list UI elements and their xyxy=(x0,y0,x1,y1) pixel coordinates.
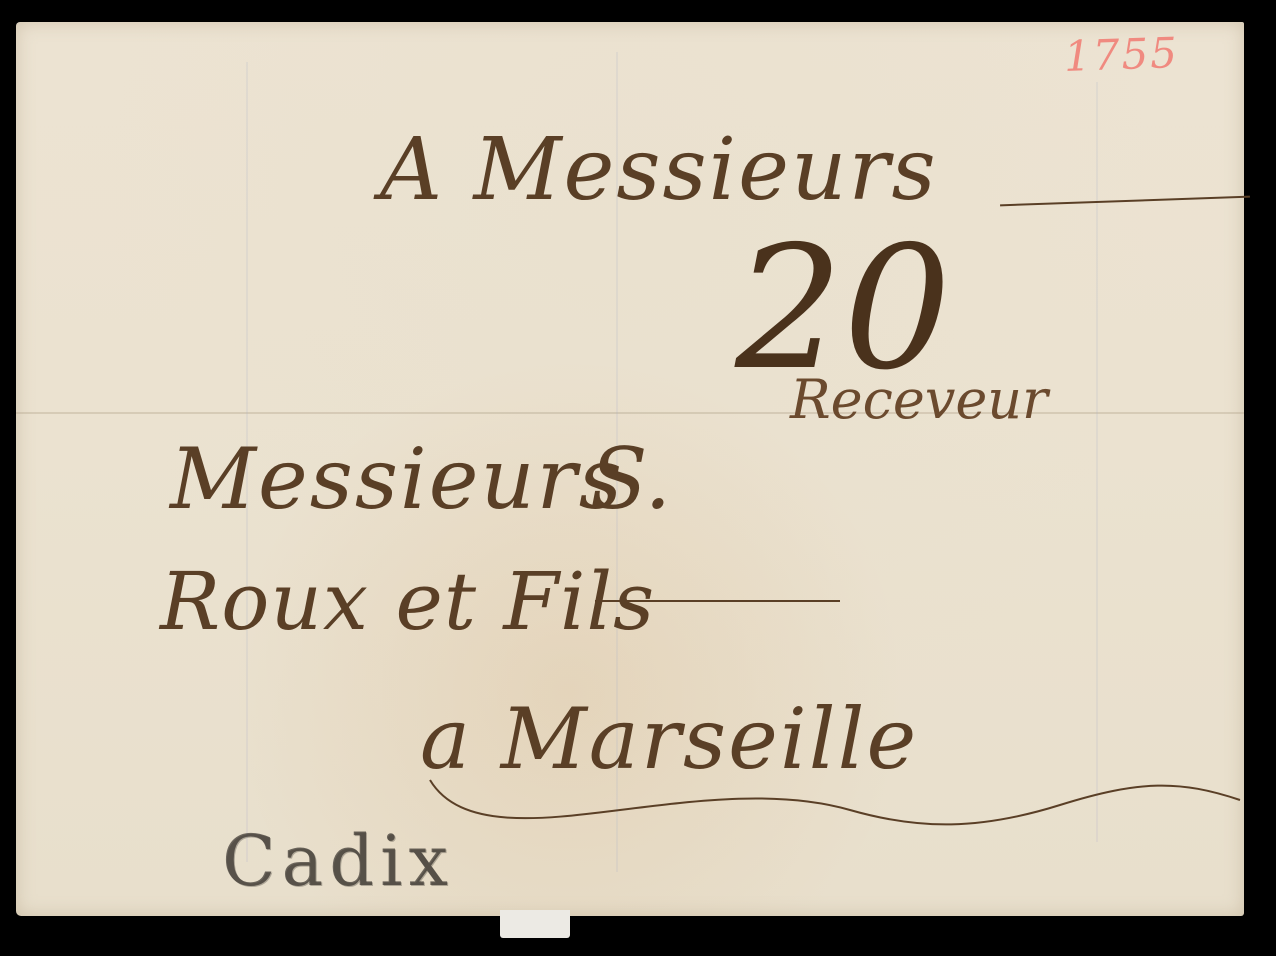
receiver-note: Receveur xyxy=(790,368,1048,431)
flourish-line xyxy=(595,600,840,602)
address-line-1: A Messieurs xyxy=(380,120,938,220)
address-line-2: Messieurs xyxy=(170,430,624,528)
town-postmark: Cadix xyxy=(222,820,454,902)
address-line-3: Roux et Fils xyxy=(160,555,655,648)
show-through-line xyxy=(1096,82,1098,842)
flourish-wave xyxy=(420,770,1250,830)
letter-photo-stage: 1755 A Messieurs 20 Receveur Messieurs S… xyxy=(0,0,1276,956)
address-line-2-mark: S. xyxy=(590,430,671,528)
paper-tab xyxy=(500,910,570,938)
paper-fold-line xyxy=(16,412,1244,414)
pencil-date-annotation: 1755 xyxy=(1063,28,1180,81)
